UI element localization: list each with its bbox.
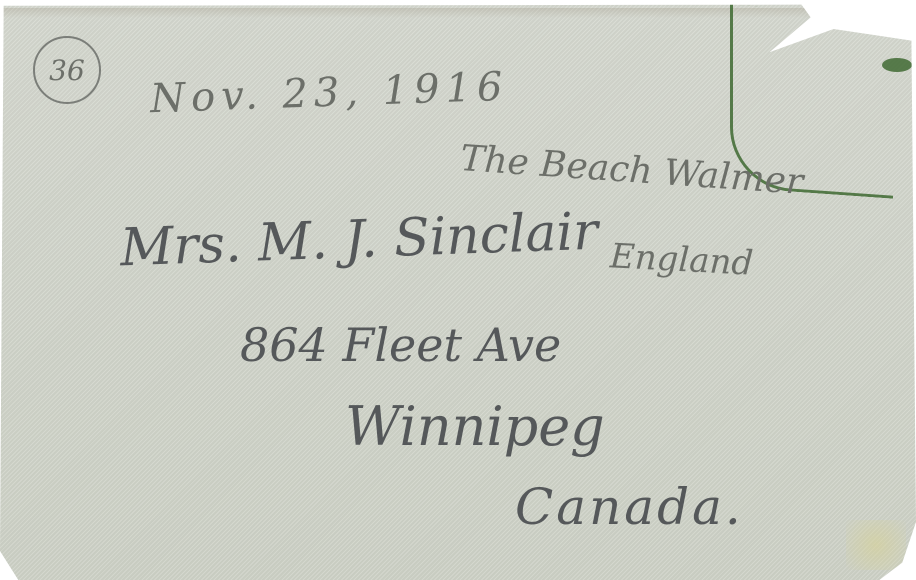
recipient-name: Mrs. M. J. Sinclair	[119, 202, 599, 279]
recipient-street: 864 Fleet Ave	[240, 318, 561, 372]
envelope: 36 Nov. 23, 1916 The Beach Walmer Englan…	[0, 0, 916, 580]
circled-number-mark: 36	[33, 36, 101, 104]
green-mark	[882, 58, 912, 72]
return-address-line-2: England	[609, 236, 754, 283]
corner-stain	[846, 520, 906, 570]
recipient-country: Canada.	[515, 478, 744, 536]
date-line: Nov. 23, 1916	[149, 64, 509, 122]
recipient-city: Winnipeg	[345, 395, 605, 458]
circled-number: 36	[49, 54, 85, 87]
